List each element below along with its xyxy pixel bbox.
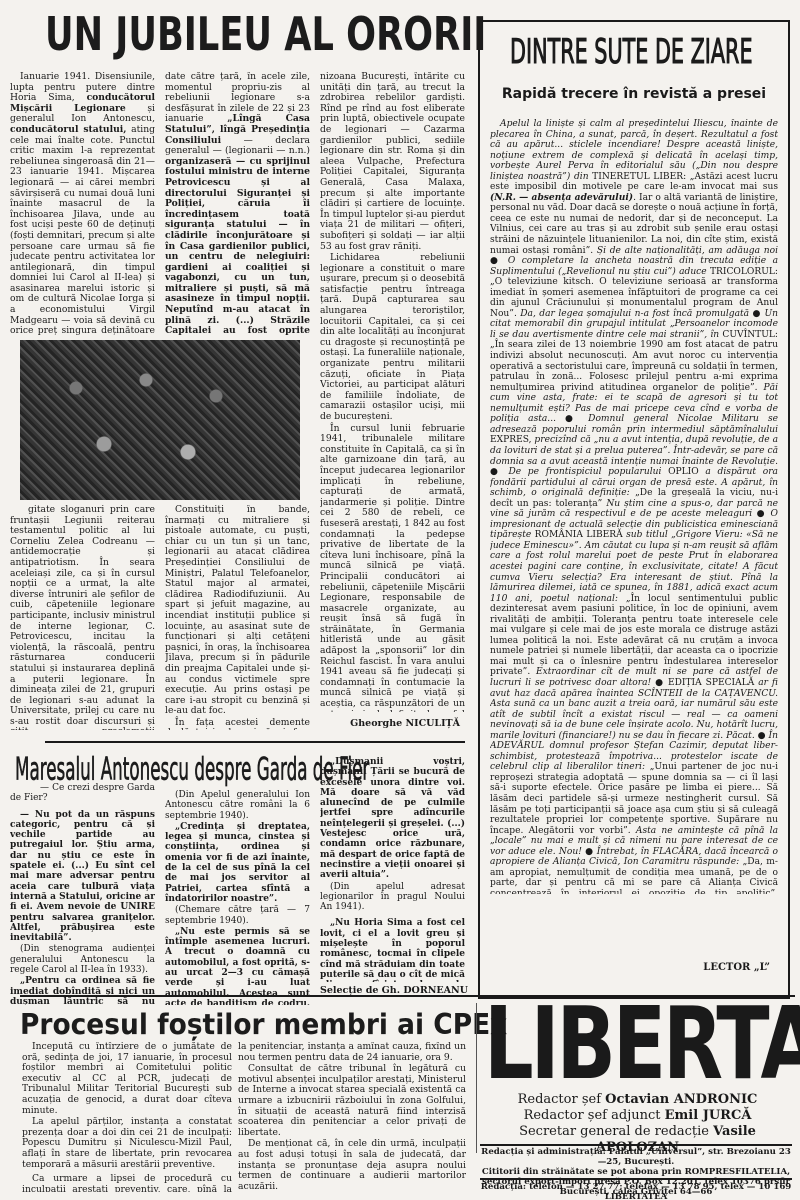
press-review-box: DINTRE SUTE DE ZIARE Rapidă trecere în r… bbox=[478, 20, 790, 999]
press-review-body: Apelul la liniște și calm al președintel… bbox=[490, 119, 778, 894]
main-author: Gheorghe NICULIȚĂ bbox=[320, 718, 460, 729]
main-col2-top: date către țară, în acele zile, momentul… bbox=[165, 72, 310, 336]
main-col1-bottom-p1: gitate sloganuri prin care fruntașii Leg… bbox=[10, 505, 155, 730]
main-col3-p2: Lichidarea rebeliunii legionare a consti… bbox=[320, 253, 465, 423]
main-col3-p3: În cursul lunii februarie 1941, tribunal… bbox=[320, 424, 465, 712]
press-review-header: DINTRE SUTE DE ZIARE bbox=[510, 32, 702, 73]
staff-line-1: Redactor șef Octavian ANDRONIC bbox=[480, 1092, 795, 1108]
divider-main-marshal bbox=[45, 741, 465, 743]
divider-trial-masthead bbox=[476, 1003, 477, 1153]
trial-article: Procesul foștilor membri ai CPEx Început… bbox=[0, 1000, 475, 1200]
main-col3-p1: nizoana București, întărite cu unități d… bbox=[320, 72, 465, 252]
marshal-col1: — Ce crezi despre Garda de Fier? — Nu po… bbox=[10, 783, 155, 1005]
main-headline: UN JUBILEU AL ORORII bbox=[45, 12, 381, 58]
trial-col2: la penitenciar, instanța a amînat cauza,… bbox=[238, 1042, 466, 1192]
legionnaires-photo bbox=[20, 340, 300, 500]
marshal-col2-q2: „Nu este permis să se întîmple asemenea … bbox=[165, 927, 310, 1005]
main-col1-top: Ianuarie 1941. Disensiunile, lupta pentr… bbox=[10, 72, 155, 336]
marshal-col3-src1: (Din apelul adresat legionarilor în prag… bbox=[320, 882, 465, 913]
trial-col1: Începută cu întîrziere de o jumătate de … bbox=[22, 1042, 232, 1192]
marshal-article: Maresalul Antonescu despre Garda de Fier… bbox=[0, 745, 475, 1010]
marshal-col2: (Din Apelul generalului Ion Antonescu că… bbox=[165, 790, 310, 1005]
trial-col2-p2: Consultat de către tribunal în legătură … bbox=[238, 1064, 466, 1138]
marshal-col3-q1: „Dușmanii voștri, dușmanii Țării se bucu… bbox=[320, 757, 465, 881]
trial-col2-p3: De menționat că, în cele din urmă, incul… bbox=[238, 1139, 466, 1192]
main-col2-bottom-p1: Constituiți în bande, înarmați cu mitral… bbox=[165, 505, 310, 717]
marshal-col2-q1: „Credința și dreptatea, legea și munca, … bbox=[165, 822, 310, 904]
trial-col2-p1: la penitenciar, instanța a amînat cauza,… bbox=[238, 1042, 466, 1063]
press-review-text: Apelul la liniște și calm al președintel… bbox=[490, 119, 778, 894]
marshal-intro: — Ce crezi despre Garda de Fier? bbox=[10, 783, 155, 804]
marshal-col2-src1: (Chemare către țară — 7 septembrie 1940)… bbox=[165, 905, 310, 926]
main-article: UN JUBILEU AL ORORII Ianuarie 1941. Dise… bbox=[0, 0, 475, 740]
marshal-col1-src1: (Din stenograma audienței generalului An… bbox=[10, 944, 155, 975]
masthead-rule-2 bbox=[480, 1178, 792, 1180]
trial-headline: Procesul foștilor membri ai CPEx bbox=[20, 1010, 451, 1042]
masthead: LIBERTATEA Redactor șef Octavian ANDRONI… bbox=[480, 1000, 800, 1200]
trial-col1-p2: La apelul părților, instanța a constatat… bbox=[22, 1117, 232, 1170]
masthead-title: LIBERTATEA bbox=[484, 1002, 730, 1086]
press-review-subheader: Rapidă trecere în revistă a presei bbox=[480, 86, 788, 102]
marshal-col1-q1: — Nu pot da un răspuns categoric, pentru… bbox=[10, 810, 155, 944]
main-col3: nizoana București, întărite cu unități d… bbox=[320, 72, 465, 712]
trial-col1-p3: Ca urmare a lipsei de procedură cu incul… bbox=[22, 1174, 232, 1192]
masthead-contact: Redacția: telefon — 13 27 77; telefax — … bbox=[480, 1182, 792, 1200]
main-col2-bottom: Constituiți în bande, înarmați cu mitral… bbox=[165, 505, 310, 730]
staff-line-2: Redactor șef adjunct Emil JURCĂ bbox=[480, 1108, 795, 1124]
marshal-col3-q2: „Nu Horia Sima a fost cel lovit, ci el a… bbox=[320, 918, 465, 982]
masthead-rule-1 bbox=[480, 1144, 792, 1146]
main-col1-bottom: gitate sloganuri prin care fruntașii Leg… bbox=[10, 505, 155, 730]
main-col2-p1: date către țară, în acele zile, momentul… bbox=[165, 72, 310, 336]
marshal-col2-src0: (Din Apelul generalului Ion Antonescu că… bbox=[165, 790, 310, 821]
press-review-signature: LECTOR „L” bbox=[630, 962, 770, 973]
main-col1-p1: Ianuarie 1941. Disensiunile, lupta pentr… bbox=[10, 72, 155, 336]
trial-col1-p1: Începută cu întîrziere de o jumătate de … bbox=[22, 1042, 232, 1116]
main-col2-bottom-p2: În fața acestei demente dezlănțuiri, de … bbox=[165, 718, 310, 730]
marshal-col3: „Dușmanii voștri, dușmanii Țării se bucu… bbox=[320, 757, 465, 982]
